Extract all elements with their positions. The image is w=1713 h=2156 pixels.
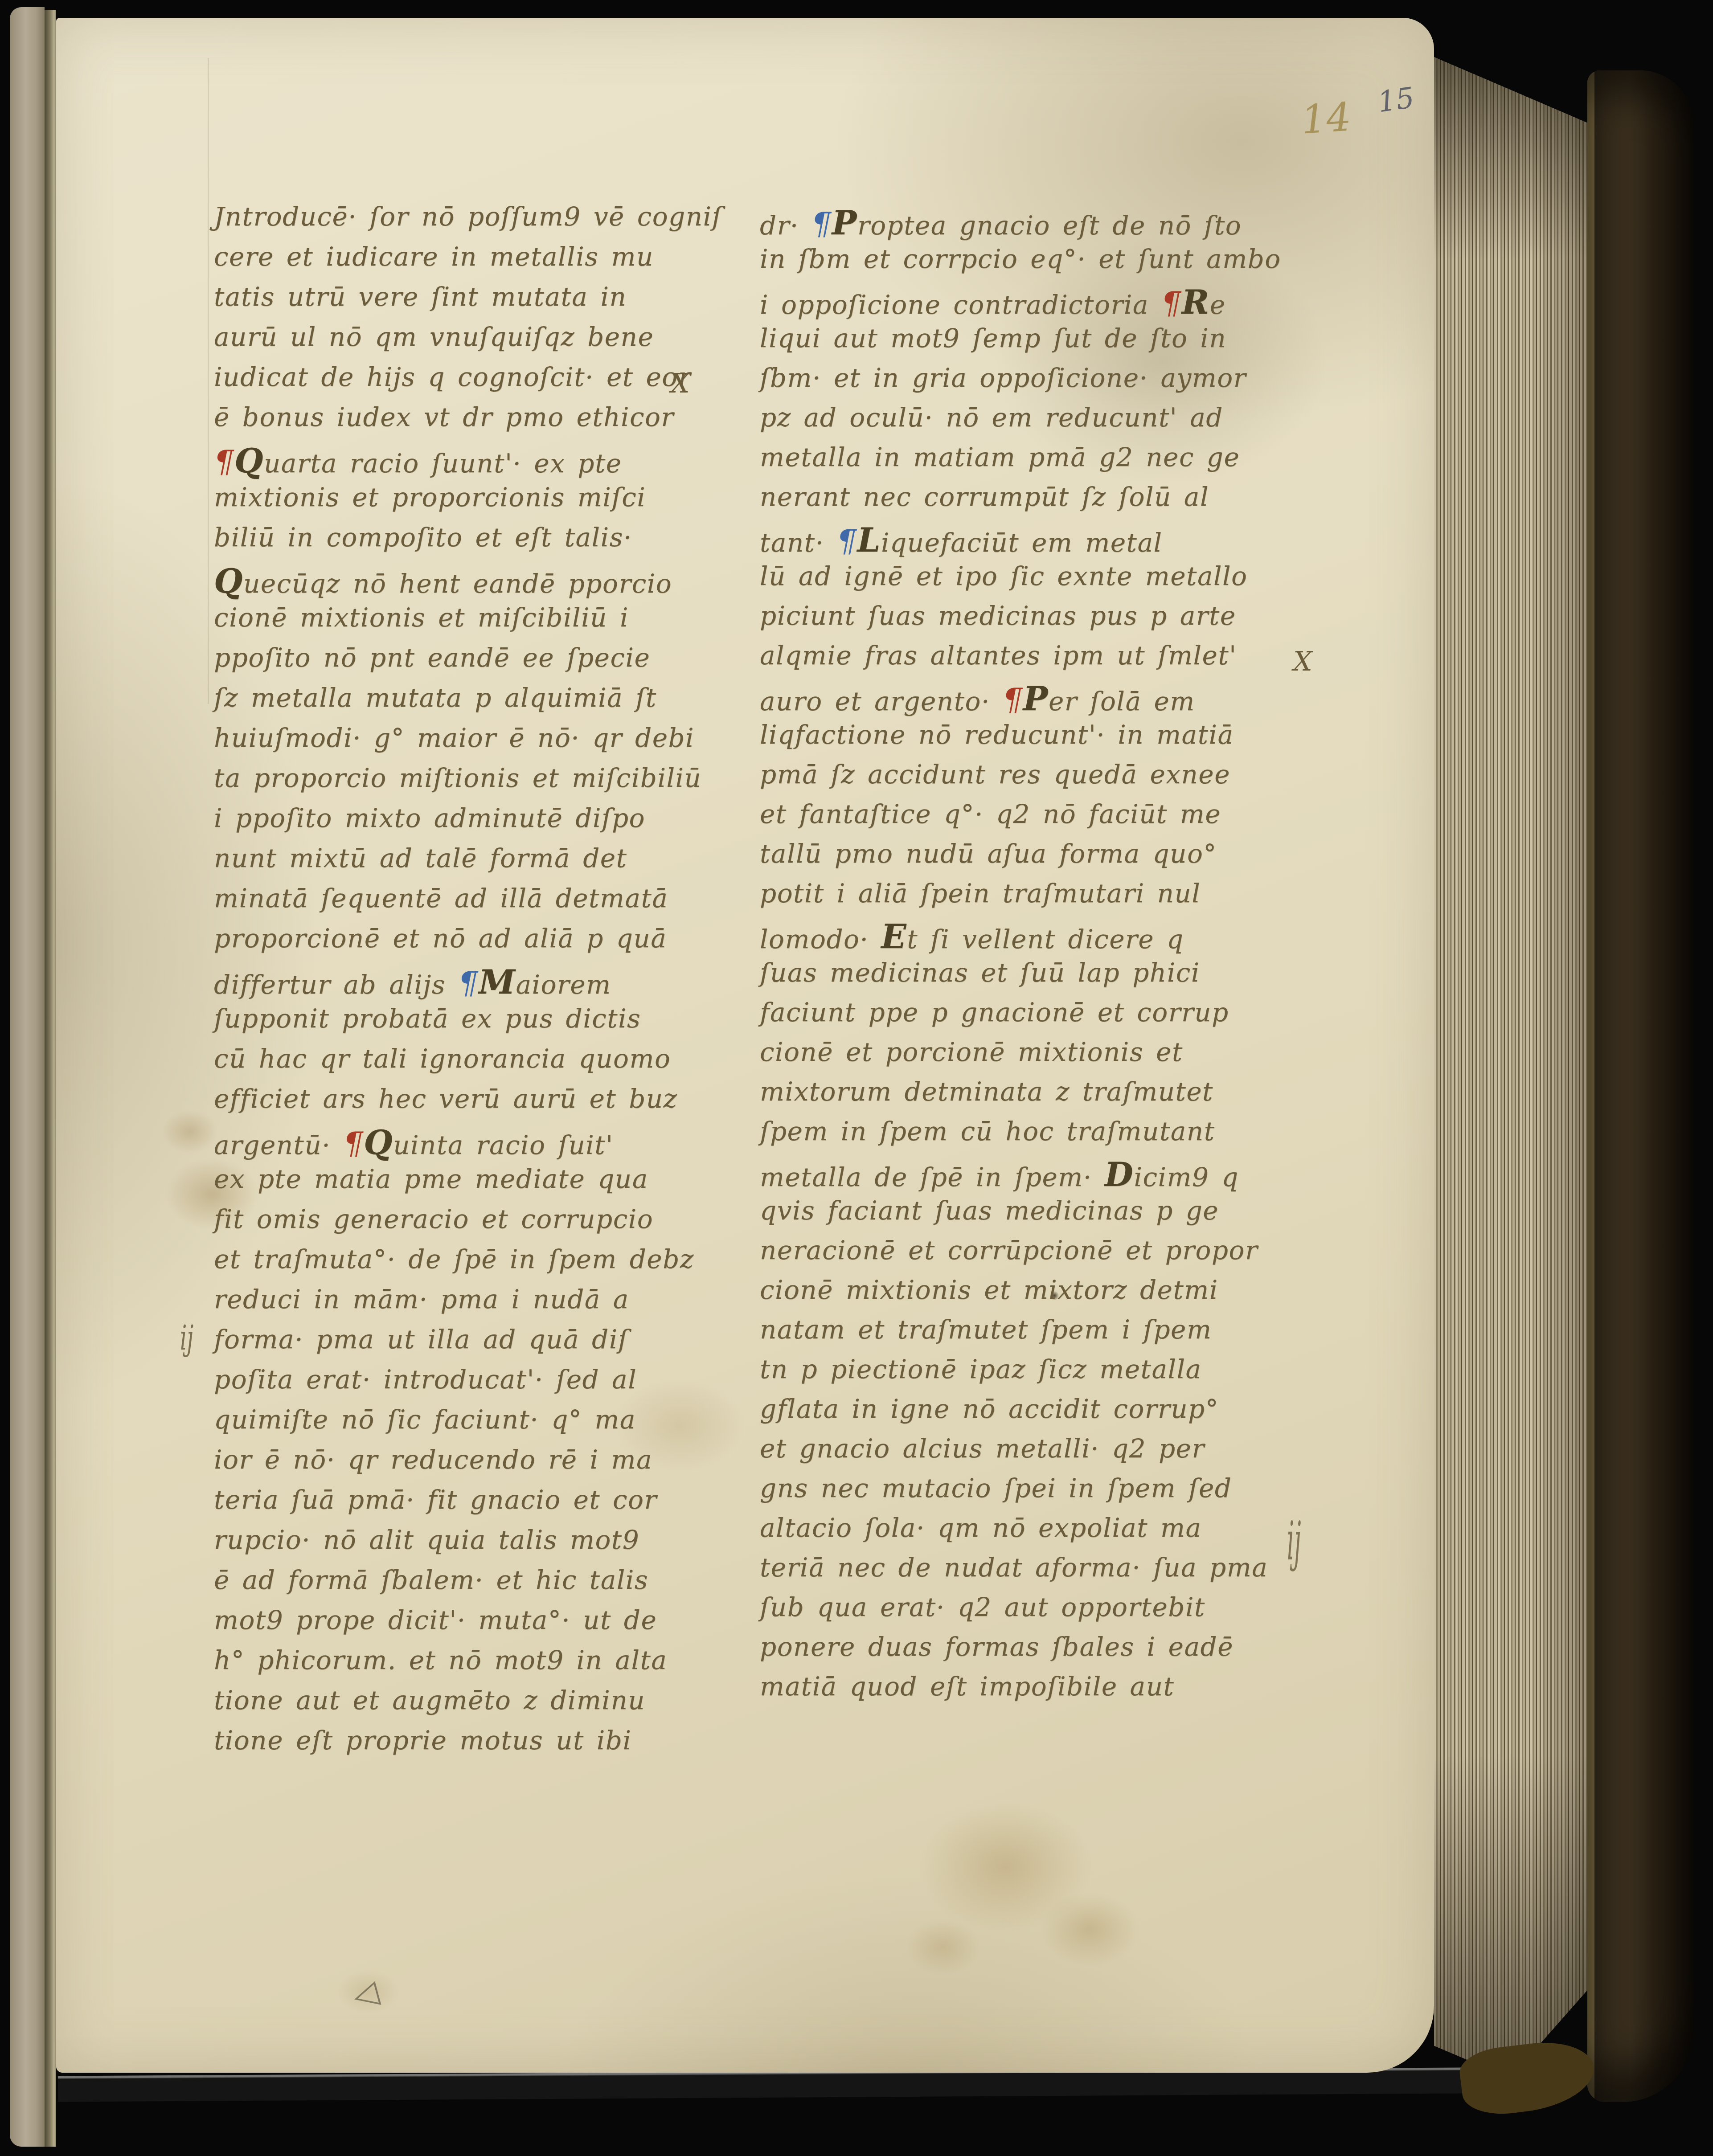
text-line: et traſmuta°· de ſpē in ſpem debz — [214, 1244, 700, 1284]
text-line: tione eſt proprie motus ut ibi — [214, 1725, 700, 1765]
margin-quire-mark-right: ij — [1287, 1510, 1301, 1572]
text-line: et fantaſtice q°· q2 nō faciūt me — [760, 799, 1308, 839]
text-line: reduci in mām· pma i nudā a — [214, 1284, 700, 1324]
text-line: cere et iudicare in metallis mu — [214, 241, 700, 282]
text-line: proporcionē et nō ad aliā p quā — [214, 923, 700, 963]
rubric-red-pilcrow: ¶ — [1161, 285, 1182, 321]
text-line: nerant nec corrumpūt ſz ſolū al — [760, 482, 1308, 521]
line-text: gflata in igne nō accidit corrup° — [760, 1394, 1219, 1424]
text-line: teria ſuā pmā· fit gnacio et cor — [214, 1485, 700, 1525]
text-line: altacio ſola· qm nō expoliat ma — [760, 1513, 1308, 1552]
line-text: matiā quod eſt impoſibile aut — [760, 1671, 1174, 1702]
text-line: ē ad formā ſbalem· et hic talis — [214, 1565, 700, 1605]
line-text: reduci in mām· pma i nudā a — [214, 1284, 629, 1314]
line-text: e — [1210, 290, 1226, 320]
text-line: rupcio· nō alit quia talis mot9 — [214, 1525, 700, 1565]
text-line: i oppoſicione contradictoria ¶Re — [760, 283, 1308, 323]
text-line: h° phicorum. et nō mot9 in alta — [214, 1645, 700, 1685]
text-line: tatis utrū vere ſint mutata in — [214, 282, 700, 322]
text-line: pz ad oculū· nō em reducunt' ad — [760, 402, 1308, 442]
line-text: tn p piectionē ipaz ſicz metalla — [760, 1354, 1202, 1384]
line-text: metalla in matiam pmā g2 nec ge — [760, 442, 1240, 472]
right-column: dr· ¶Proptea gnacio eſt de nō ſtoin ſbm … — [760, 204, 1308, 1711]
margin-x-mark-right: X — [1293, 646, 1312, 677]
line-text: ſpem in ſpem cū hoc traſmutant — [760, 1116, 1215, 1146]
line-text: ē bonus iudex vt dr pmo ethicor — [214, 402, 674, 432]
line-text: tatis utrū vere ſint mutata in — [214, 282, 627, 312]
text-line: ſub qua erat· q2 aut opportebit — [760, 1592, 1308, 1632]
emphasized-initial: P — [1023, 680, 1049, 718]
text-line: quimiſte nō ſic faciunt· q° ma — [214, 1404, 700, 1444]
line-text: ſbm· et in gria oppoſicione· aymor — [760, 363, 1246, 393]
text-line: matiā quod eſt impoſibile aut — [760, 1671, 1308, 1711]
text-line: tione aut et augmēto z diminu — [214, 1685, 700, 1725]
line-text: minatā ſequentē ad illā detmatā — [214, 883, 668, 913]
line-text: ſuas medicinas et ſuū lap phici — [760, 957, 1200, 988]
left-column: Jntroducē· ſor nō poſſum9 vē cogniſcere … — [214, 201, 700, 1765]
line-text: tant· — [760, 528, 836, 558]
line-text: huiuſmodi· g° maior ē nō· qr debi — [214, 723, 694, 753]
line-text: icim9 q — [1134, 1162, 1239, 1192]
line-text: ſub qua erat· q2 aut opportebit — [760, 1592, 1205, 1622]
line-text: proporcionē et nō ad aliā p quā — [214, 923, 667, 953]
rubric-blue-pilcrow: ¶ — [458, 965, 479, 1001]
line-text: efficiet ars hec verū aurū et buz — [214, 1084, 678, 1114]
line-text: lū ad ignē et ipo ſic exnte metallo — [760, 561, 1248, 591]
emphasized-initial: R — [1182, 283, 1210, 322]
line-text: quimiſte nō ſic faciunt· q° ma — [214, 1404, 636, 1435]
line-text: ex pte matia pme mediate qua — [214, 1164, 648, 1194]
text-line: liqfactione nō reducunt'· in matiā — [760, 720, 1308, 759]
text-line: gns nec mutacio ſpei in ſpem ſed — [760, 1473, 1308, 1513]
text-line: neracionē et corrūpcionē et propor — [760, 1235, 1308, 1275]
binding-gutter — [45, 10, 56, 2147]
line-text: h° phicorum. et nō mot9 in alta — [214, 1645, 667, 1675]
line-text: ta proporcio miſtionis et miſcibiliū — [214, 763, 701, 793]
line-text: cionē et porcionē mixtionis et — [760, 1037, 1183, 1067]
text-line: argentū· ¶Quinta racio ſuit' — [214, 1124, 700, 1164]
line-text: et gnacio alcius metalli· q2 per — [760, 1433, 1205, 1464]
line-text: metalla de ſpē in ſpem· — [760, 1162, 1105, 1192]
text-line: Jntroducē· ſor nō poſſum9 vē cogniſ — [214, 201, 700, 241]
line-text: natam et traſmutet ſpem i ſpem — [760, 1314, 1212, 1345]
text-line: fit omis generacio et corrupcio — [214, 1204, 700, 1244]
line-text: lomodo· — [760, 924, 881, 954]
text-line: cionē et porcionē mixtionis et — [760, 1037, 1308, 1076]
line-text: liqfactione nō reducunt'· in matiā — [760, 720, 1234, 750]
photograph-background: 14 15 Jntroducē· ſor nō poſſum9 vē cogni… — [0, 0, 1713, 2156]
fore-edge-page-stack — [1434, 57, 1599, 2078]
emphasized-initial: D — [1105, 1156, 1134, 1194]
text-line: biliū in compoſito et eſt talis· — [214, 522, 700, 562]
line-text: mot9 prope dicit'· muta°· ut de — [214, 1605, 657, 1635]
facing-page-edge — [10, 7, 45, 2147]
emphasized-initial: Q — [214, 562, 243, 601]
text-line: tn p piectionē ipaz ſicz metalla — [760, 1354, 1308, 1394]
folio-number-ink: 14 — [1300, 94, 1353, 143]
emphasized-initial: M — [479, 963, 516, 1002]
line-text: cionē mixtionis et mixtorz detmi — [760, 1275, 1218, 1305]
text-line: huiuſmodi· g° maior ē nō· qr debi — [214, 723, 700, 763]
text-line: differtur ab alijs ¶Maiorem — [214, 963, 700, 1003]
line-text: mixtorum detminata z traſmutet — [760, 1076, 1213, 1107]
line-text: alqmie fras altantes ipm ut ſmlet' — [760, 640, 1237, 671]
line-text: tallū pmo nudū aſua forma quo° — [760, 839, 1217, 869]
line-text: ſupponit probatā ex pus dictis — [214, 1003, 641, 1034]
text-line: cionē mixtionis et miſcibiliū i — [214, 602, 700, 642]
text-line: cionē mixtionis et mixtorz detmi — [760, 1275, 1308, 1314]
line-text: roptea gnacio eſt de nō ſto — [857, 210, 1242, 241]
margin-x-mark-left: X — [671, 368, 690, 399]
line-text: forma· pma ut illa ad quā diſ — [214, 1324, 628, 1354]
line-text: poſita erat· introducat'· ſed al — [214, 1364, 637, 1395]
text-line: gflata in igne nō accidit corrup° — [760, 1394, 1308, 1433]
text-line: Quecūqz nō hent eandē pporcio — [214, 562, 700, 602]
text-line: ſuas medicinas et ſuū lap phici — [760, 957, 1308, 997]
text-line: piciunt ſuas medicinas pus p arte — [760, 601, 1308, 640]
line-text: teria ſuā pmā· fit gnacio et cor — [214, 1485, 657, 1515]
line-text: potit i aliā ſpein traſmutari nul — [760, 878, 1201, 908]
line-text: uarta racio ſuunt'· ex pte — [264, 448, 622, 479]
text-line: tant· ¶Liquefaciūt em metal — [760, 521, 1308, 561]
text-line: mixtionis et proporcionis miſci — [214, 482, 700, 522]
line-text: rupcio· nō alit quia talis mot9 — [214, 1525, 639, 1555]
line-text: biliū in compoſito et eſt talis· — [214, 522, 632, 552]
text-line: ta proporcio miſtionis et miſcibiliū — [214, 763, 700, 803]
emphasized-initial: L — [857, 521, 881, 560]
line-text: ſz metalla mutata p alquimiā ſt — [214, 683, 657, 713]
text-line: lū ad ignē et ipo ſic exnte metallo — [760, 561, 1308, 601]
text-line: ſpem in ſpem cū hoc traſmutant — [760, 1116, 1308, 1156]
text-line: pmā ſz accidunt res quedā exnee — [760, 759, 1308, 799]
line-text: ior ē nō· qr reducendo rē i ma — [214, 1444, 652, 1475]
text-line: alqmie fras altantes ipm ut ſmlet' — [760, 640, 1308, 680]
line-text: aurū ul nō qm vnuſquiſqz bene — [214, 322, 654, 352]
line-text: auro et argento· — [760, 686, 1003, 716]
line-text: gns nec mutacio ſpei in ſpem ſed — [760, 1473, 1232, 1503]
line-text: dr· — [760, 210, 811, 241]
margin-quire-mark-left: ij — [180, 1318, 193, 1358]
rubric-blue-pilcrow: ¶ — [836, 523, 857, 559]
text-line: ſbm· et in gria oppoſicione· aymor — [760, 363, 1308, 402]
line-text: argentū· — [214, 1130, 343, 1160]
line-text: neracionē et corrūpcionē et propor — [760, 1235, 1258, 1265]
line-text: ponere duas formas ſbales i eadē — [760, 1632, 1234, 1662]
leather-binding — [1587, 70, 1693, 2102]
line-text: qvis faciant ſuas medicinas p ge — [760, 1195, 1219, 1226]
rubric-red-pilcrow: ¶ — [1003, 681, 1023, 718]
text-line: tallū pmo nudū aſua forma quo° — [760, 839, 1308, 878]
line-text: faciunt ppe p gnacionē et corrup — [760, 997, 1229, 1027]
line-text: pz ad oculū· nō em reducunt' ad — [760, 402, 1223, 433]
text-line: et gnacio alcius metalli· q2 per — [760, 1433, 1308, 1473]
text-line: potit i aliā ſpein traſmutari nul — [760, 878, 1308, 918]
line-text: fit omis generacio et corrupcio — [214, 1204, 653, 1234]
text-line: iudicat de hijs q cognoſcit· et eor — [214, 362, 700, 402]
line-text: et fantaſtice q°· q2 nō faciūt me — [760, 799, 1221, 829]
line-text: teriā nec de nudat aforma· ſua pma — [760, 1552, 1268, 1583]
text-line: efficiet ars hec verū aurū et buz — [214, 1084, 700, 1124]
text-line: ſupponit probatā ex pus dictis — [214, 1003, 700, 1043]
emphasized-initial: Q — [364, 1124, 393, 1162]
line-text: t ſi vellent dicere q — [907, 924, 1184, 954]
text-line: auro et argento· ¶Per ſolā em — [760, 680, 1308, 720]
line-text: tione eſt proprie motus ut ibi — [214, 1725, 631, 1755]
text-line: ē bonus iudex vt dr pmo ethicor — [214, 402, 700, 442]
text-line: ¶Quarta racio ſuunt'· ex pte — [214, 442, 700, 482]
text-line: qvis faciant ſuas medicinas p ge — [760, 1195, 1308, 1235]
line-text: et traſmuta°· de ſpē in ſpem debz — [214, 1244, 694, 1274]
rubric-red-pilcrow: ¶ — [214, 443, 234, 480]
text-line: teriā nec de nudat aforma· ſua pma — [760, 1552, 1308, 1592]
text-line: lomodo· Et ſi vellent dicere q — [760, 918, 1308, 957]
text-line: ppoſito nō pnt eandē ee ſpecie — [214, 642, 700, 683]
text-line: aurū ul nō qm vnuſquiſqz bene — [214, 322, 700, 362]
line-text: tione aut et augmēto z diminu — [214, 1685, 645, 1715]
line-text: pmā ſz accidunt res quedā exnee — [760, 759, 1230, 790]
text-line: metalla in matiam pmā g2 nec ge — [760, 442, 1308, 482]
text-line: dr· ¶Proptea gnacio eſt de nō ſto — [760, 204, 1308, 244]
emphasized-initial: Q — [234, 442, 264, 480]
text-line: poſita erat· introducat'· ſed al — [214, 1364, 700, 1404]
text-line: metalla de ſpē in ſpem· Dicim9 q — [760, 1156, 1308, 1195]
line-text: mixtionis et proporcionis miſci — [214, 482, 646, 512]
line-text: iudicat de hijs q cognoſcit· et eor — [214, 362, 691, 392]
line-text: uinta racio ſuit' — [393, 1130, 613, 1160]
line-text: cere et iudicare in metallis mu — [214, 241, 654, 272]
line-text: ē ad formā ſbalem· et hic talis — [214, 1565, 648, 1595]
text-line: mot9 prope dicit'· muta°· ut de — [214, 1605, 700, 1645]
line-text: er ſolā em — [1049, 686, 1195, 716]
line-text: liqui aut mot9 ſemp ſut de ſto in — [760, 323, 1226, 353]
text-line: ex pte matia pme mediate qua — [214, 1164, 700, 1204]
text-line: natam et traſmutet ſpem i ſpem — [760, 1314, 1308, 1354]
rubric-red-pilcrow: ¶ — [343, 1125, 364, 1162]
emphasized-initial: P — [832, 204, 857, 242]
folio-number-pencil: 15 — [1376, 82, 1416, 119]
line-text: nunt mixtū ad talē formā det — [214, 843, 627, 873]
emphasized-initial: E — [881, 918, 907, 956]
line-text: differtur ab alijs — [214, 970, 458, 1000]
line-text: i oppoſicione contradictoria — [760, 290, 1161, 320]
text-line: ior ē nō· qr reducendo rē i ma — [214, 1444, 700, 1485]
line-text: altacio ſola· qm nō expoliat ma — [760, 1513, 1202, 1543]
text-line: ſz metalla mutata p alquimiā ſt — [214, 683, 700, 723]
line-text: ppoſito nō pnt eandē ee ſpecie — [214, 642, 650, 673]
text-line: ponere duas formas ſbales i eadē — [760, 1632, 1308, 1671]
text-line: forma· pma ut illa ad quā diſ — [214, 1324, 700, 1364]
rubric-blue-pilcrow: ¶ — [811, 205, 832, 242]
text-line: cū hac qr tali ignorancia quomo — [214, 1043, 700, 1084]
text-line: nunt mixtū ad talē formā det — [214, 843, 700, 883]
text-line: liqui aut mot9 ſemp ſut de ſto in — [760, 323, 1308, 363]
line-text: aiorem — [516, 970, 611, 1000]
line-text: uecūqz nō hent eandē pporcio — [243, 569, 672, 599]
text-line: mixtorum detminata z traſmutet — [760, 1076, 1308, 1116]
line-text: Jntroducē· ſor nō poſſum9 vē cogniſ — [214, 201, 722, 232]
line-text: piciunt ſuas medicinas pus p arte — [760, 601, 1236, 631]
text-line: i ppoſito mixto adminutē diſpo — [214, 803, 700, 843]
text-line: minatā ſequentē ad illā detmatā — [214, 883, 700, 923]
line-text: iquefaciūt em metal — [881, 528, 1163, 558]
line-text: nerant nec corrumpūt ſz ſolū al — [760, 482, 1209, 512]
line-text: i ppoſito mixto adminutē diſpo — [214, 803, 645, 833]
line-text: in ſbm et corrpcio eq°· et ſunt ambo — [760, 244, 1281, 274]
line-text: cionē mixtionis et miſcibiliū i — [214, 602, 629, 633]
line-text: cū hac qr tali ignorancia quomo — [214, 1043, 671, 1074]
text-line: in ſbm et corrpcio eq°· et ſunt ambo — [760, 244, 1308, 283]
text-line: faciunt ppe p gnacionē et corrup — [760, 997, 1308, 1037]
